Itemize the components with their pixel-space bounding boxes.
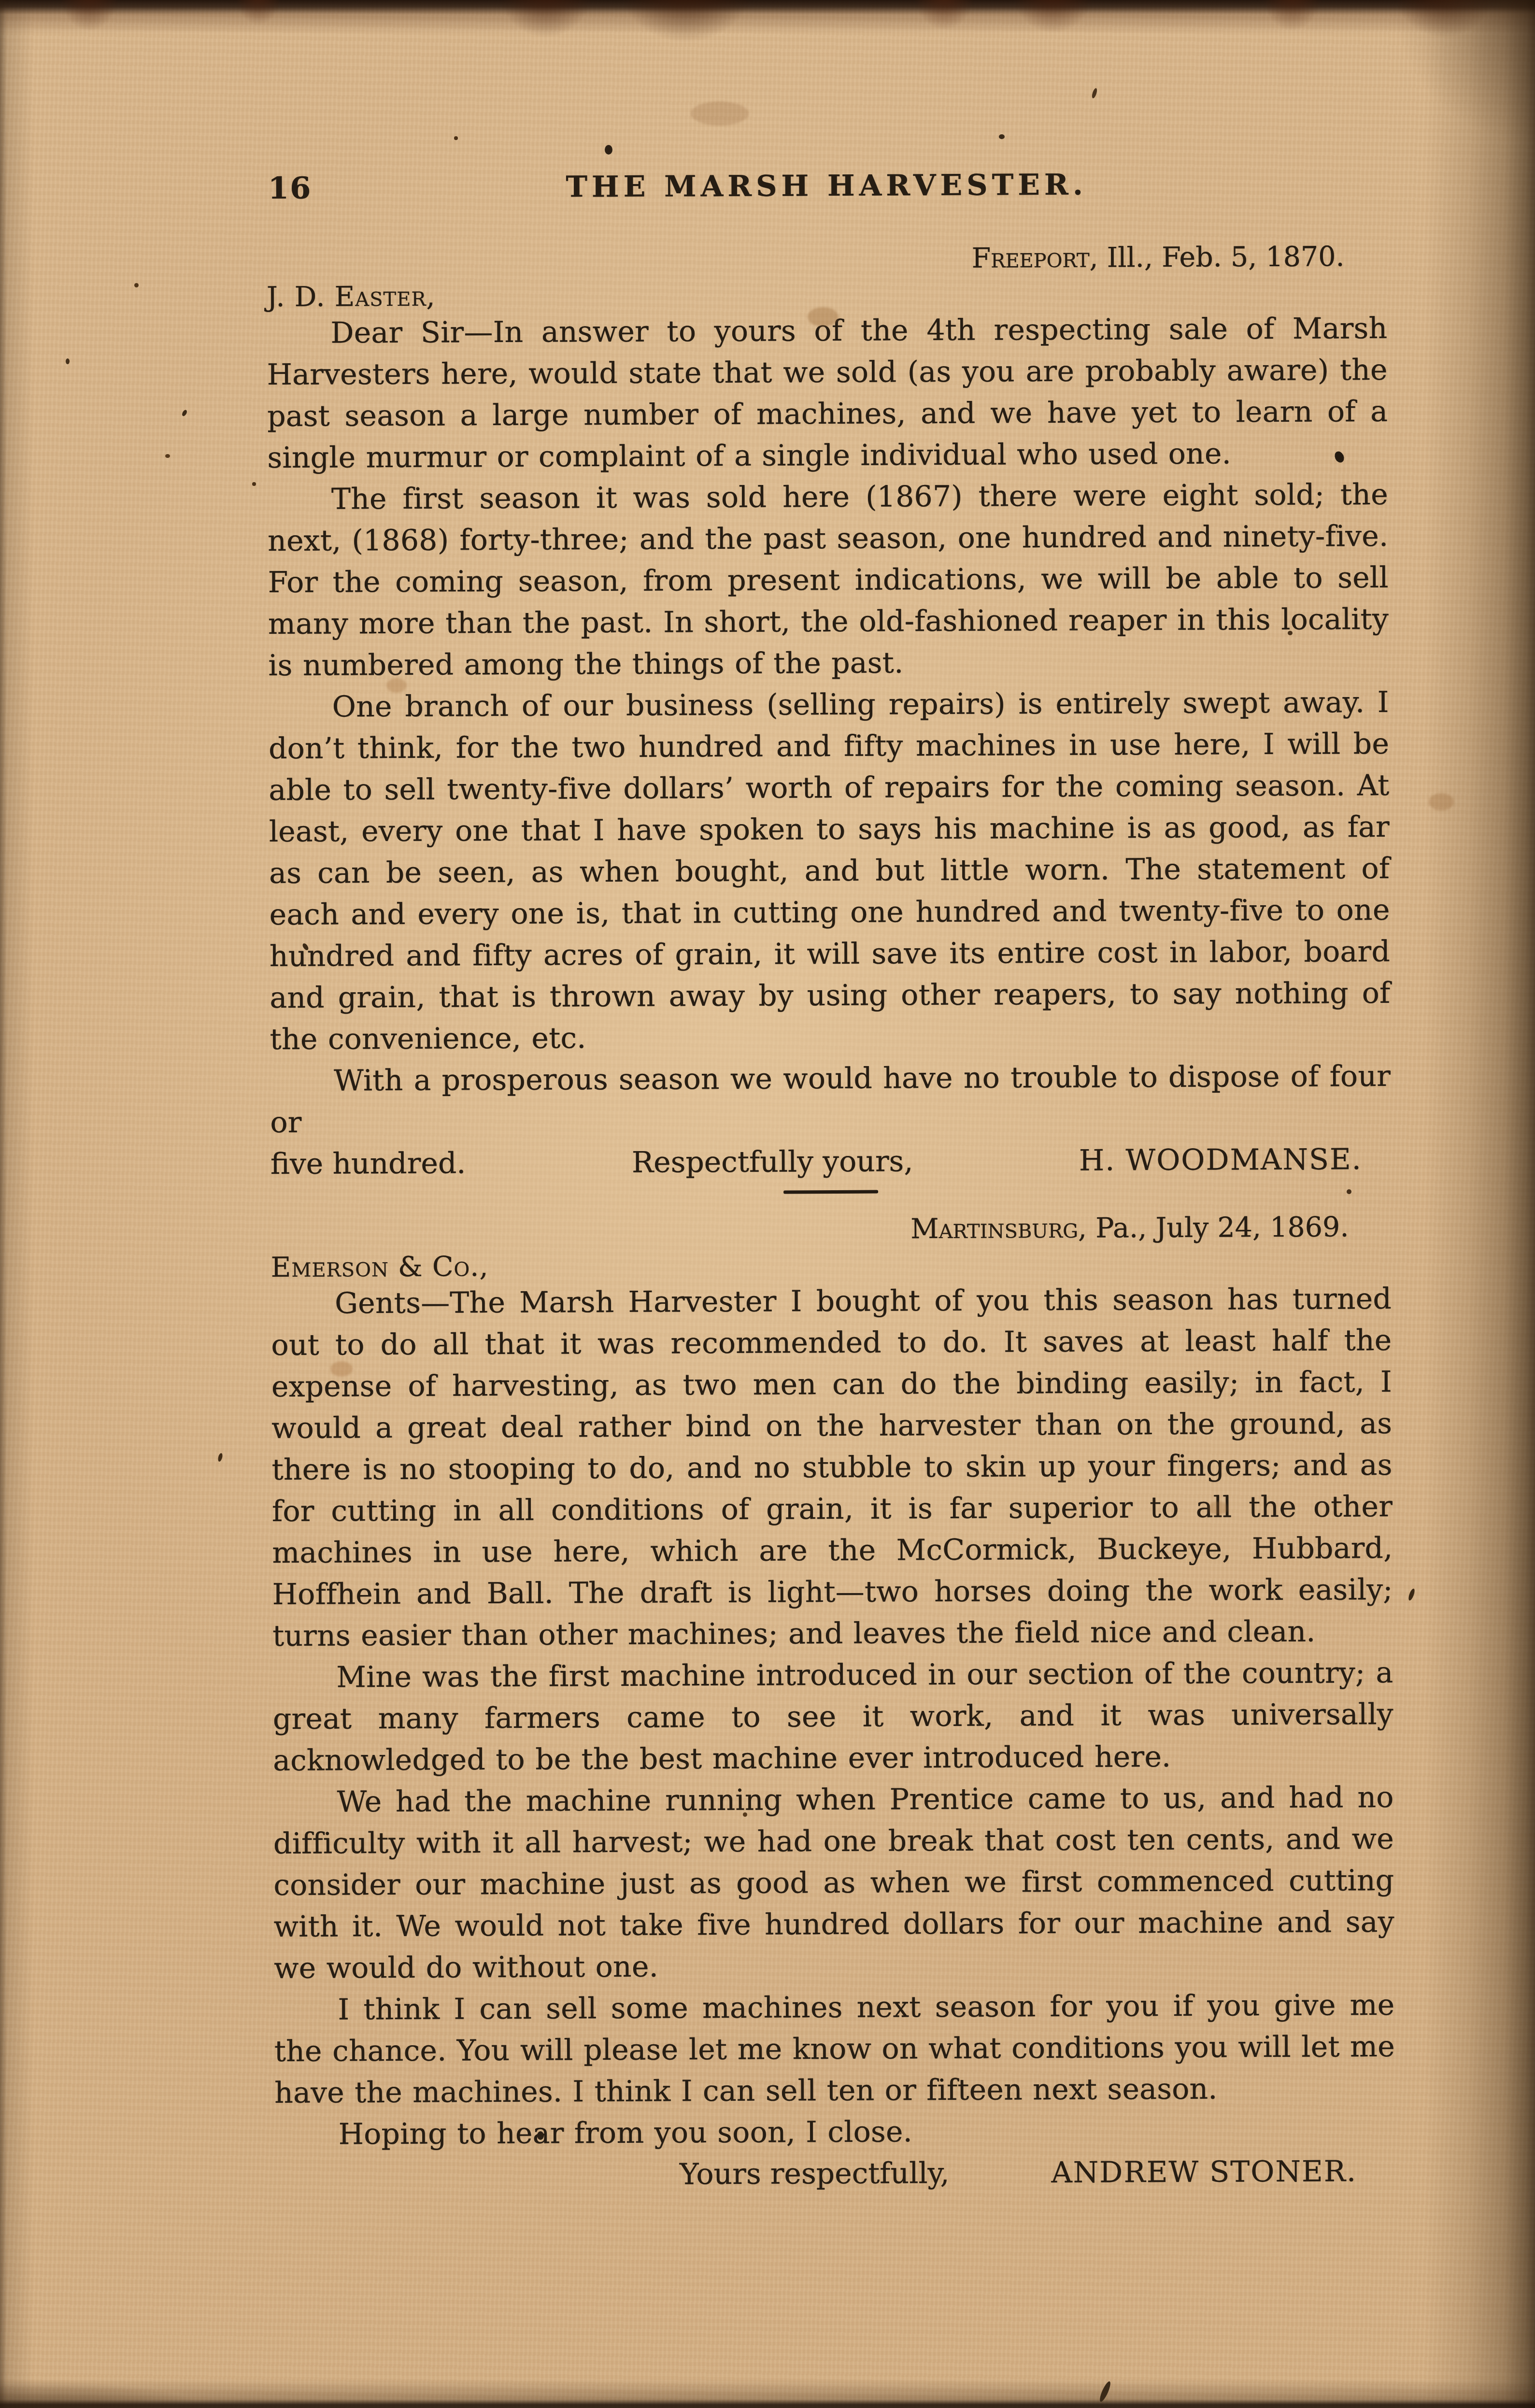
paper-speck bbox=[1407, 1588, 1416, 1601]
letter2-dateline-rest: Pa., July 24, 1869. bbox=[1087, 1211, 1349, 1244]
scan-shadow-left-edge bbox=[0, 0, 34, 2408]
paper-speck bbox=[66, 358, 70, 364]
paper-speck bbox=[605, 145, 612, 155]
letter2-valediction: Yours respectfully, bbox=[680, 2152, 1052, 2195]
scan-shadow-right-edge bbox=[1424, 0, 1535, 2408]
paper-stain bbox=[1429, 793, 1454, 811]
letter1-paragraph: With a prosperous season we would have n… bbox=[270, 1055, 1391, 1143]
letter2-paragraph: Hoping to hear from you soon, I close. bbox=[274, 2109, 1395, 2155]
paper-speck bbox=[252, 482, 256, 486]
paper-speck bbox=[134, 283, 139, 287]
paper-stain bbox=[691, 101, 749, 126]
letter1-dateline-place: Freeport, bbox=[972, 242, 1098, 274]
paper-speck bbox=[165, 454, 170, 458]
letter-stoner: Martinsburg, Pa., July 24, 1869. Emerson… bbox=[270, 1212, 1395, 2197]
letter2-body: Gents—The Marsh Harvester I bought of yo… bbox=[271, 1278, 1395, 2197]
letter2-paragraph: Mine was the first machine introduced in… bbox=[272, 1652, 1393, 1781]
letter2-signature: ANDREW STONER. bbox=[1051, 2151, 1357, 2194]
letter1-body: Dear Sir—In answer to yours of the 4th r… bbox=[267, 308, 1391, 1185]
letter2-salutation: Emerson & Co., bbox=[271, 1248, 1392, 1282]
letter2-dateline-place: Martinsburg, bbox=[910, 1212, 1087, 1245]
letter1-dateline-rest: Ill., Feb. 5, 1870. bbox=[1098, 241, 1344, 273]
paper-speck bbox=[1091, 87, 1098, 99]
letter1-signature: H. WOODMANSE. bbox=[1079, 1139, 1362, 1182]
letter1-valediction: Respectfully yours, bbox=[632, 1140, 913, 1183]
scan-burn-top-edge bbox=[0, 0, 1535, 72]
letter1-paragraph: Dear Sir—In answer to yours of the 4th r… bbox=[267, 308, 1388, 479]
letter2-paragraph: Gents—The Marsh Harvester I bought of yo… bbox=[271, 1278, 1393, 1657]
paper-speck bbox=[181, 409, 188, 417]
letter2-closing-row: Yours respectfully, ANDREW STONER. bbox=[275, 2151, 1395, 2197]
page-content: 16 THE MARSH HARVESTER. Freeport, Ill., … bbox=[266, 166, 1395, 2197]
letter1-dateline: Freeport, Ill., Feb. 5, 1870. bbox=[267, 242, 1387, 276]
letter1-paragraph: The first season it was sold here (1867)… bbox=[268, 474, 1389, 686]
letter1-salutation: J. D. Easter, bbox=[267, 278, 1387, 312]
page-header: 16 THE MARSH HARVESTER. bbox=[266, 166, 1387, 202]
running-title: THE MARSH HARVESTER. bbox=[266, 167, 1387, 205]
letter2-paragraph: We had the machine running when Prentice… bbox=[273, 1777, 1394, 1989]
letter1-closing-text: five hundred. bbox=[270, 1142, 466, 1185]
paper-speck bbox=[217, 1453, 223, 1462]
letter-woodmanse: Freeport, Ill., Feb. 5, 1870. J. D. East… bbox=[267, 242, 1391, 1185]
paper-speck bbox=[999, 134, 1005, 139]
scan-shadow-bottom-edge bbox=[0, 2379, 1535, 2408]
paper-speck bbox=[1098, 2380, 1112, 2403]
section-divider-rule bbox=[783, 1190, 878, 1194]
letter2-paragraph: I think I can sell some machines next se… bbox=[274, 1984, 1395, 2114]
letter1-closing-row: five hundred. Respectfully yours, H. WOO… bbox=[270, 1139, 1391, 1185]
scanned-book-page: 16 THE MARSH HARVESTER. Freeport, Ill., … bbox=[0, 0, 1535, 2408]
letter2-dateline: Martinsburg, Pa., July 24, 1869. bbox=[270, 1212, 1391, 1246]
letter1-paragraph: One branch of our business (selling repa… bbox=[269, 682, 1391, 1060]
paper-speck bbox=[454, 136, 458, 140]
